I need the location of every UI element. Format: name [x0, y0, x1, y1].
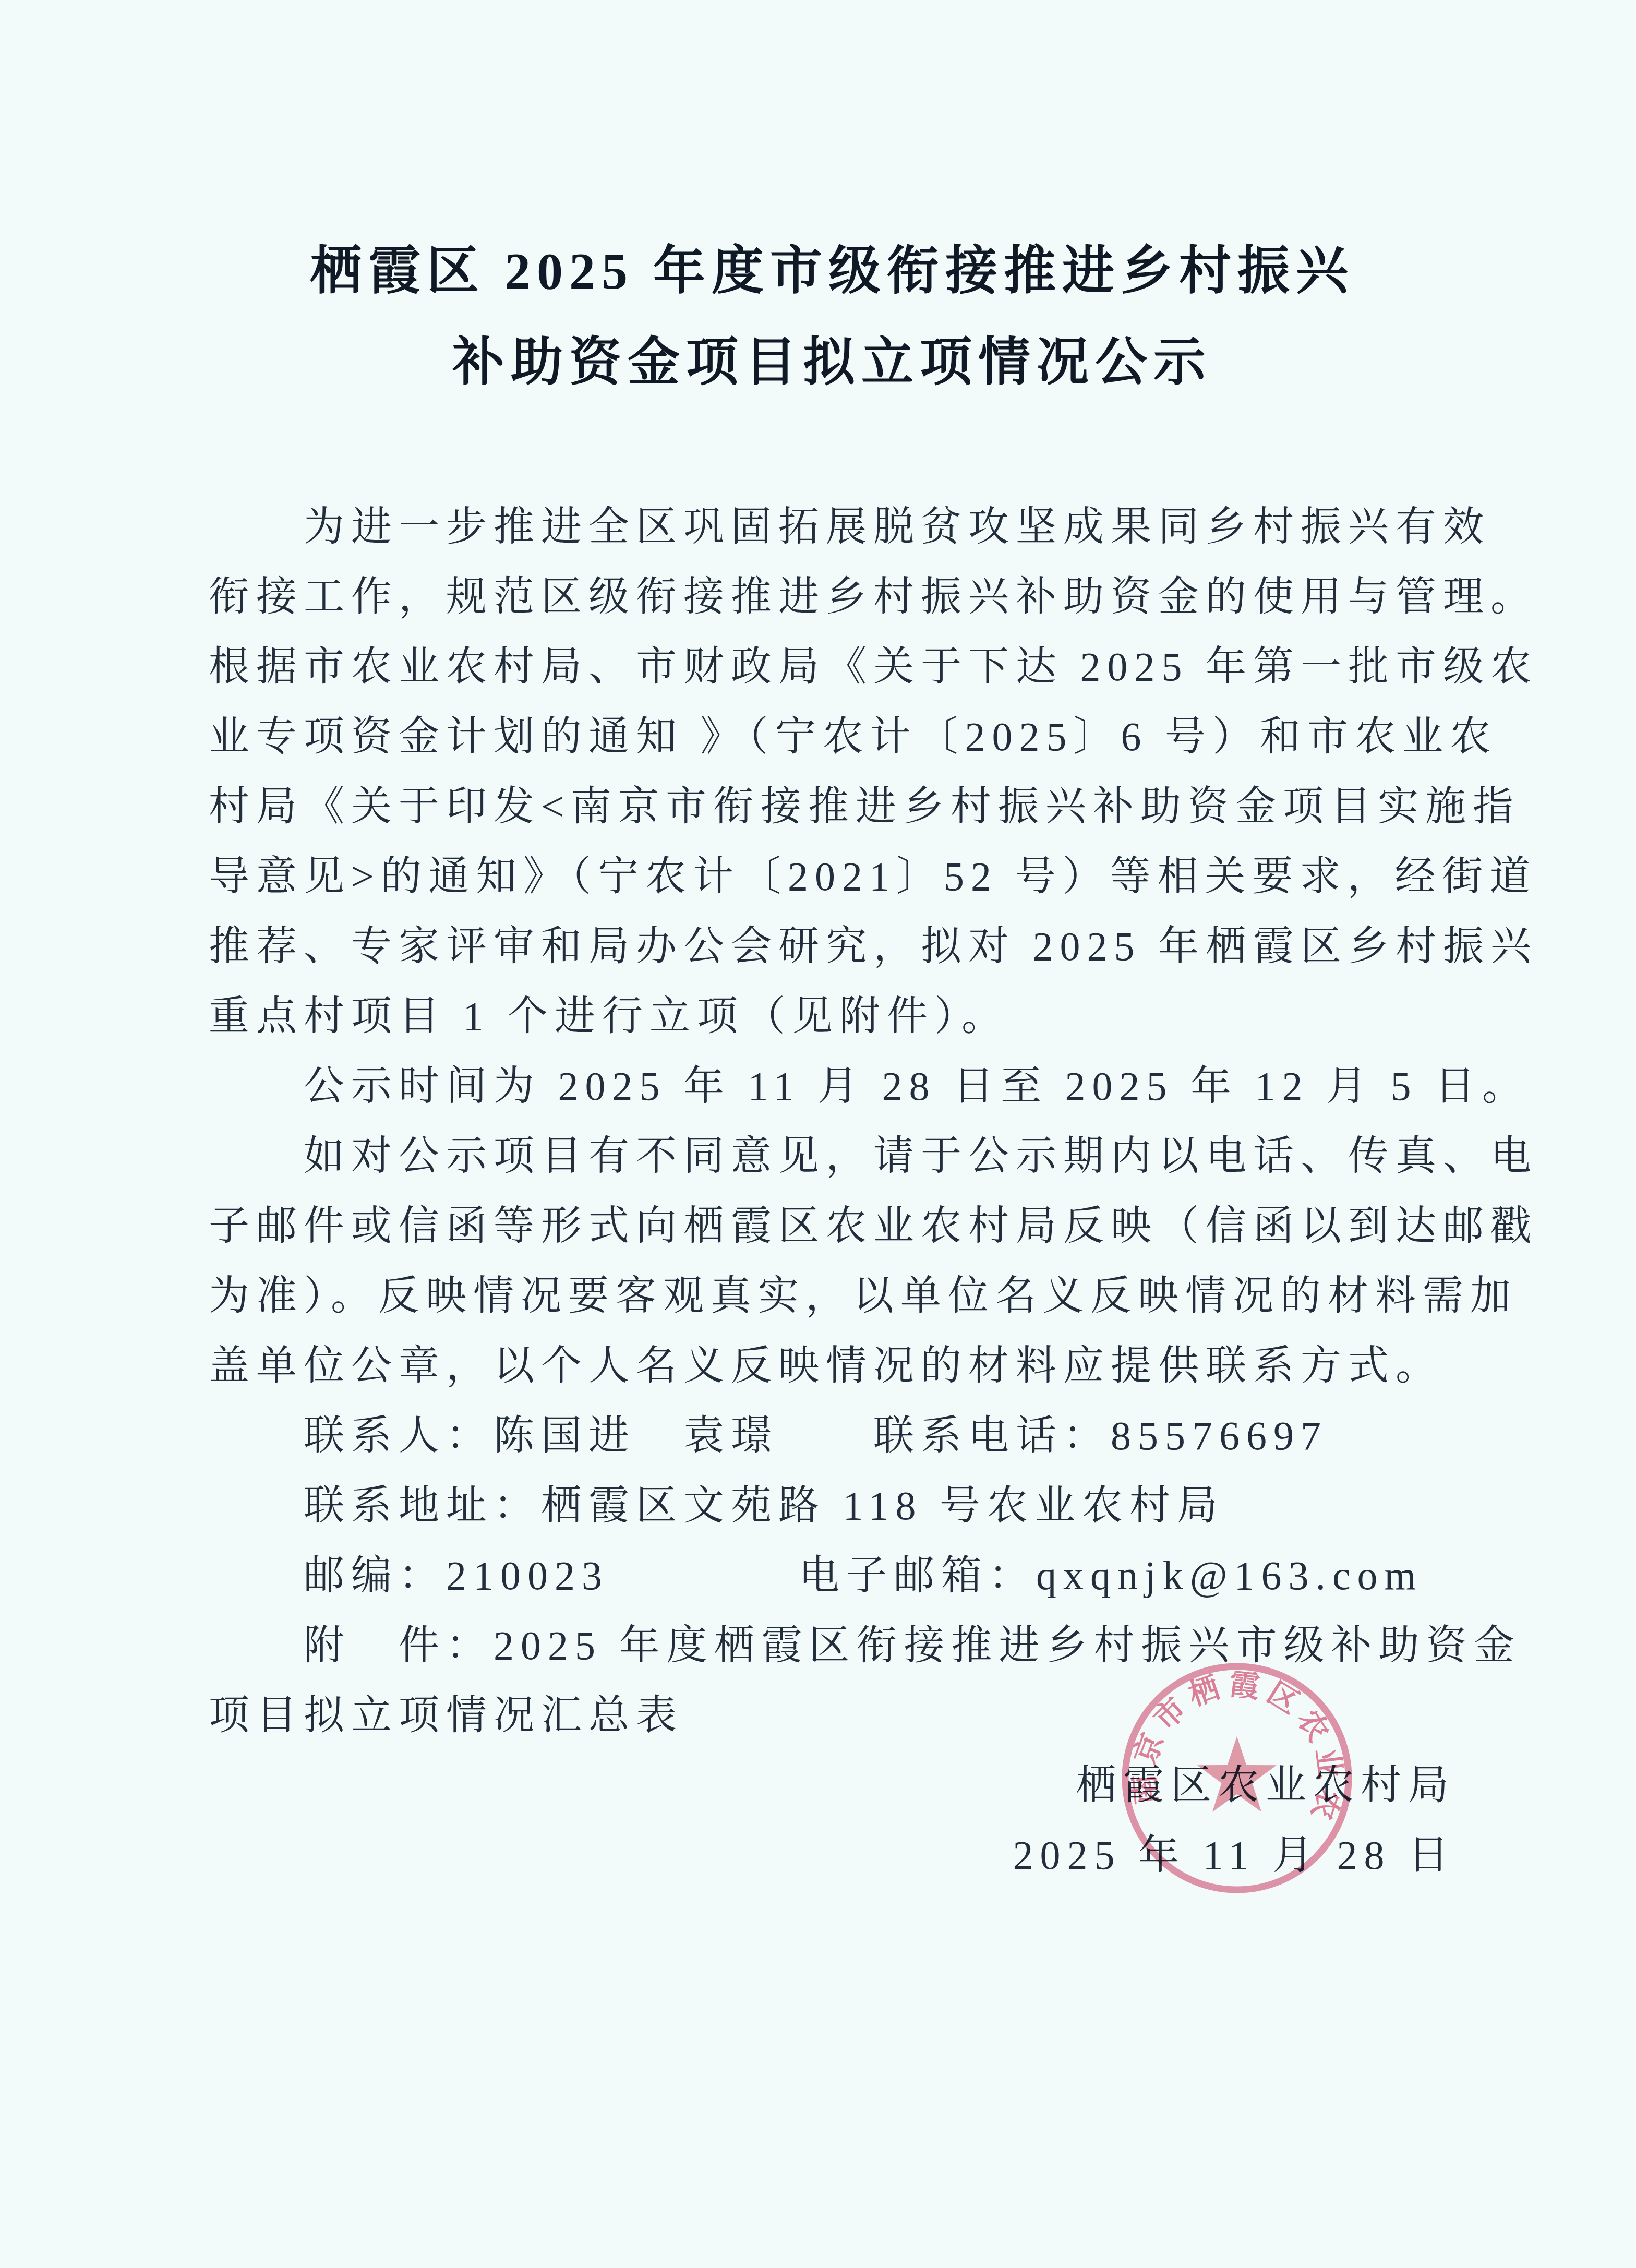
contact-person-line: 联系人：陈国进 袁璟 联系电话：85576697 — [209, 1401, 1455, 1471]
body-line: 根据市农业农村局、市财政局《关于下达 2025 年第一批市级农 — [209, 632, 1455, 702]
body-line: 盖单位公章，以个人名义反映情况的材料应提供联系方式。 — [209, 1331, 1455, 1401]
body-line: 业专项资金计划的通知 》（宁农计〔2025〕6 号）和市农业农 — [209, 702, 1455, 772]
document-page: 栖霞区 2025 年度市级衔接推进乡村振兴 补助资金项目拟立项情况公示 为进一步… — [0, 0, 1636, 2268]
document-body: 为进一步推进全区巩固拓展脱贫攻坚成果同乡村振兴有效 衔接工作，规范区级衔接推进乡… — [209, 492, 1455, 1750]
document-content: 栖霞区 2025 年度市级衔接推进乡村振兴 补助资金项目拟立项情况公示 为进一步… — [209, 225, 1455, 1890]
body-line: 村局《关于印发<南京市衔接推进乡村振兴补助资金项目实施指 — [209, 772, 1455, 842]
body-line: 推荐、专家评审和局办公会研究，拟对 2025 年栖霞区乡村振兴 — [209, 911, 1455, 981]
body-line-publicity-period: 公示时间为 2025 年 11 月 28 日至 2025 年 12 月 5 日。 — [209, 1051, 1455, 1121]
body-line: 衔接工作，规范区级衔接推进乡村振兴补助资金的使用与管理。 — [209, 562, 1455, 632]
contact-address-line: 联系地址：栖霞区文苑路 118 号农业农村局 — [209, 1471, 1455, 1541]
title-line-1: 栖霞区 2025 年度市级衔接推进乡村振兴 — [209, 225, 1455, 317]
body-line: 为准）。反映情况要客观真实，以单位名义反映情况的材料需加 — [209, 1261, 1455, 1331]
seal-star-icon — [1197, 1736, 1277, 1812]
body-line: 导意见>的通知》（宁农计〔2021〕52 号）等相关要求，经街道 — [209, 842, 1455, 911]
official-seal: 南京市栖霞区农业农村局 — [1101, 1642, 1373, 1914]
title-line-2: 补助资金项目拟立项情况公示 — [209, 317, 1455, 408]
body-line: 如对公示项目有不同意见，请于公示期内以电话、传真、电 — [209, 1121, 1455, 1191]
postcode-email-line: 邮编：210023 电子邮箱：qxqnjk@163.com — [209, 1541, 1455, 1611]
body-line: 重点村项目 1 个进行立项（见附件）。 — [209, 981, 1455, 1051]
body-line: 子邮件或信函等形式向栖霞区农业农村局反映（信函以到达邮戳 — [209, 1191, 1455, 1261]
body-line: 为进一步推进全区巩固拓展脱贫攻坚成果同乡村振兴有效 — [209, 492, 1455, 562]
document-title: 栖霞区 2025 年度市级衔接推进乡村振兴 补助资金项目拟立项情况公示 — [209, 225, 1455, 408]
